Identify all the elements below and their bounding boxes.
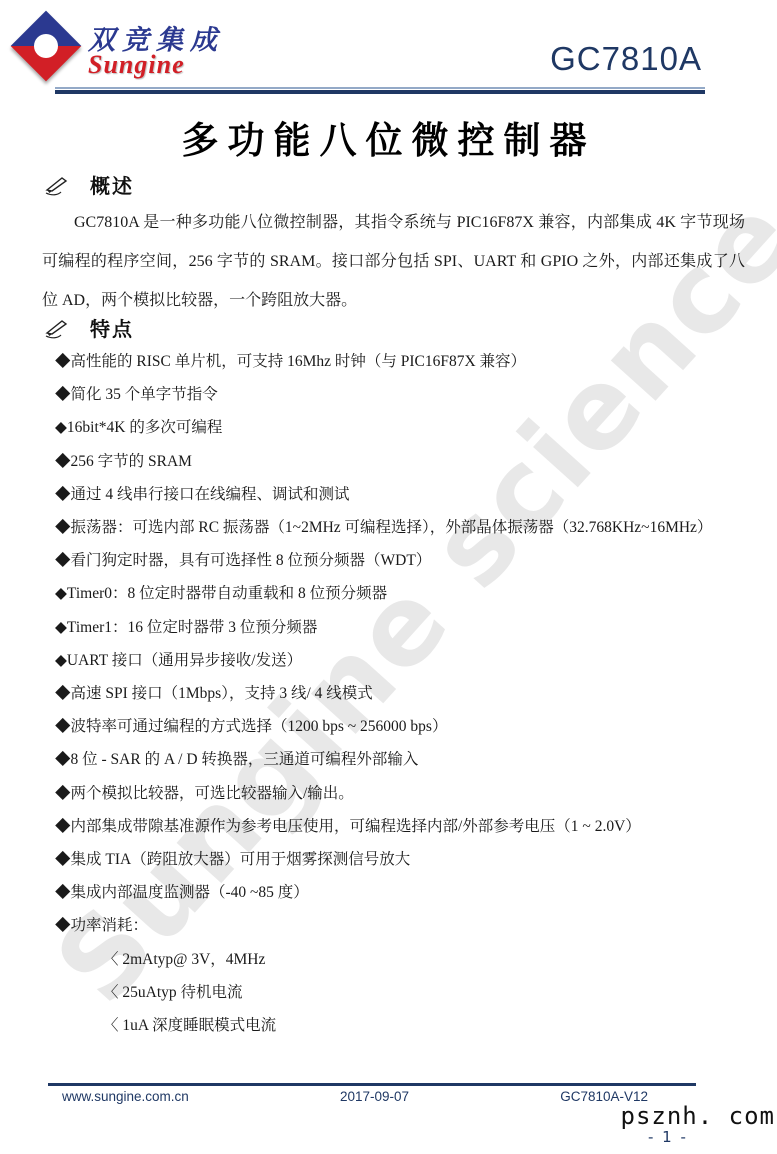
feature-item: ◆内部集成带隙基准源作为参考电压使用，可编程选择内部/外部参考电压（1 ~ 2.… [55, 810, 755, 843]
feature-item: ◆Timer1：16 位定时器带 3 位预分频器 [55, 611, 755, 644]
pen-icon [44, 317, 70, 339]
feature-item: ◆UART 接口（通用异步接收/发送） [55, 644, 755, 677]
feature-sub-item: 〈 2mAtyp@ 3V，4MHz [55, 943, 755, 976]
logo-diamond-hole [29, 29, 63, 63]
overview-paragraph: GC7810A 是一种多功能八位微控制器，其指令系统与 PIC16F87X 兼容… [42, 203, 745, 320]
logo-diamond-icon [11, 11, 82, 82]
feature-item: ◆集成 TIA（跨阻放大器）可用于烟雾探测信号放大 [55, 843, 755, 876]
site-watermark: psznh. com [621, 1102, 776, 1130]
feature-item: ◆16bit*4K 的多次可编程 [55, 411, 755, 444]
feature-item: ◆高速 SPI 接口（1Mbps），支持 3 线/ 4 线模式 [55, 677, 755, 710]
feature-item: ◆集成内部温度监测器（-40 ~85 度） [55, 876, 755, 909]
feature-item: ◆高性能的 RISC 单片机，可支持 16Mhz 时钟（与 PIC16F87X … [55, 345, 755, 378]
features-section-label: 特点 [90, 313, 134, 342]
company-name-english: Sungine [88, 50, 185, 80]
feature-list: ◆高性能的 RISC 单片机，可支持 16Mhz 时钟（与 PIC16F87X … [55, 345, 755, 1042]
feature-item: ◆简化 35 个单字节指令 [55, 378, 755, 411]
company-logo: 双竞集成 Sungine [8, 8, 238, 88]
feature-item: ◆Timer0：8 位定时器带自动重载和 8 位预分频器 [55, 577, 755, 610]
feature-item: ◆功率消耗： [55, 909, 755, 942]
footer-website: www.sungine.com.cn [48, 1089, 189, 1104]
footer-rule [48, 1083, 696, 1086]
feature-item: ◆波特率可通过编程的方式选择（1200 bps ~ 256000 bps） [55, 710, 755, 743]
footer-date: 2017-09-07 [340, 1089, 409, 1104]
part-number: GC7810A [550, 40, 702, 78]
overview-section-label: 概述 [90, 170, 134, 199]
feature-sub-item: 〈 25uAtyp 待机电流 [55, 976, 755, 1009]
document-title: 多功能八位微控制器 [0, 110, 777, 164]
feature-sub-item: 〈 1uA 深度睡眠模式电流 [55, 1009, 755, 1042]
header-rule [55, 87, 705, 94]
feature-item: ◆看门狗定时器，具有可选择性 8 位预分频器（WDT） [55, 544, 755, 577]
datasheet-page: Sungine science 双竞集成 Sungine GC7810A 多功能… [0, 0, 777, 1154]
feature-item: ◆8 位 - SAR 的 A / D 转换器，三通道可编程外部输入 [55, 743, 755, 776]
feature-item: ◆256 字节的 SRAM [55, 445, 755, 478]
overview-section-heading: 概述 [44, 170, 134, 199]
features-section-heading: 特点 [44, 313, 134, 342]
pen-icon [44, 174, 70, 196]
feature-item: ◆振荡器：可选内部 RC 振荡器（1~2MHz 可编程选择），外部晶体振荡器（3… [55, 511, 755, 544]
feature-item: ◆两个模拟比较器，可选比较器输入/输出。 [55, 777, 755, 810]
page-number: - 1 - [648, 1128, 688, 1146]
feature-item: ◆通过 4 线串行接口在线编程、调试和测试 [55, 478, 755, 511]
footer: www.sungine.com.cn 2017-09-07 GC7810A-V1… [48, 1089, 696, 1104]
